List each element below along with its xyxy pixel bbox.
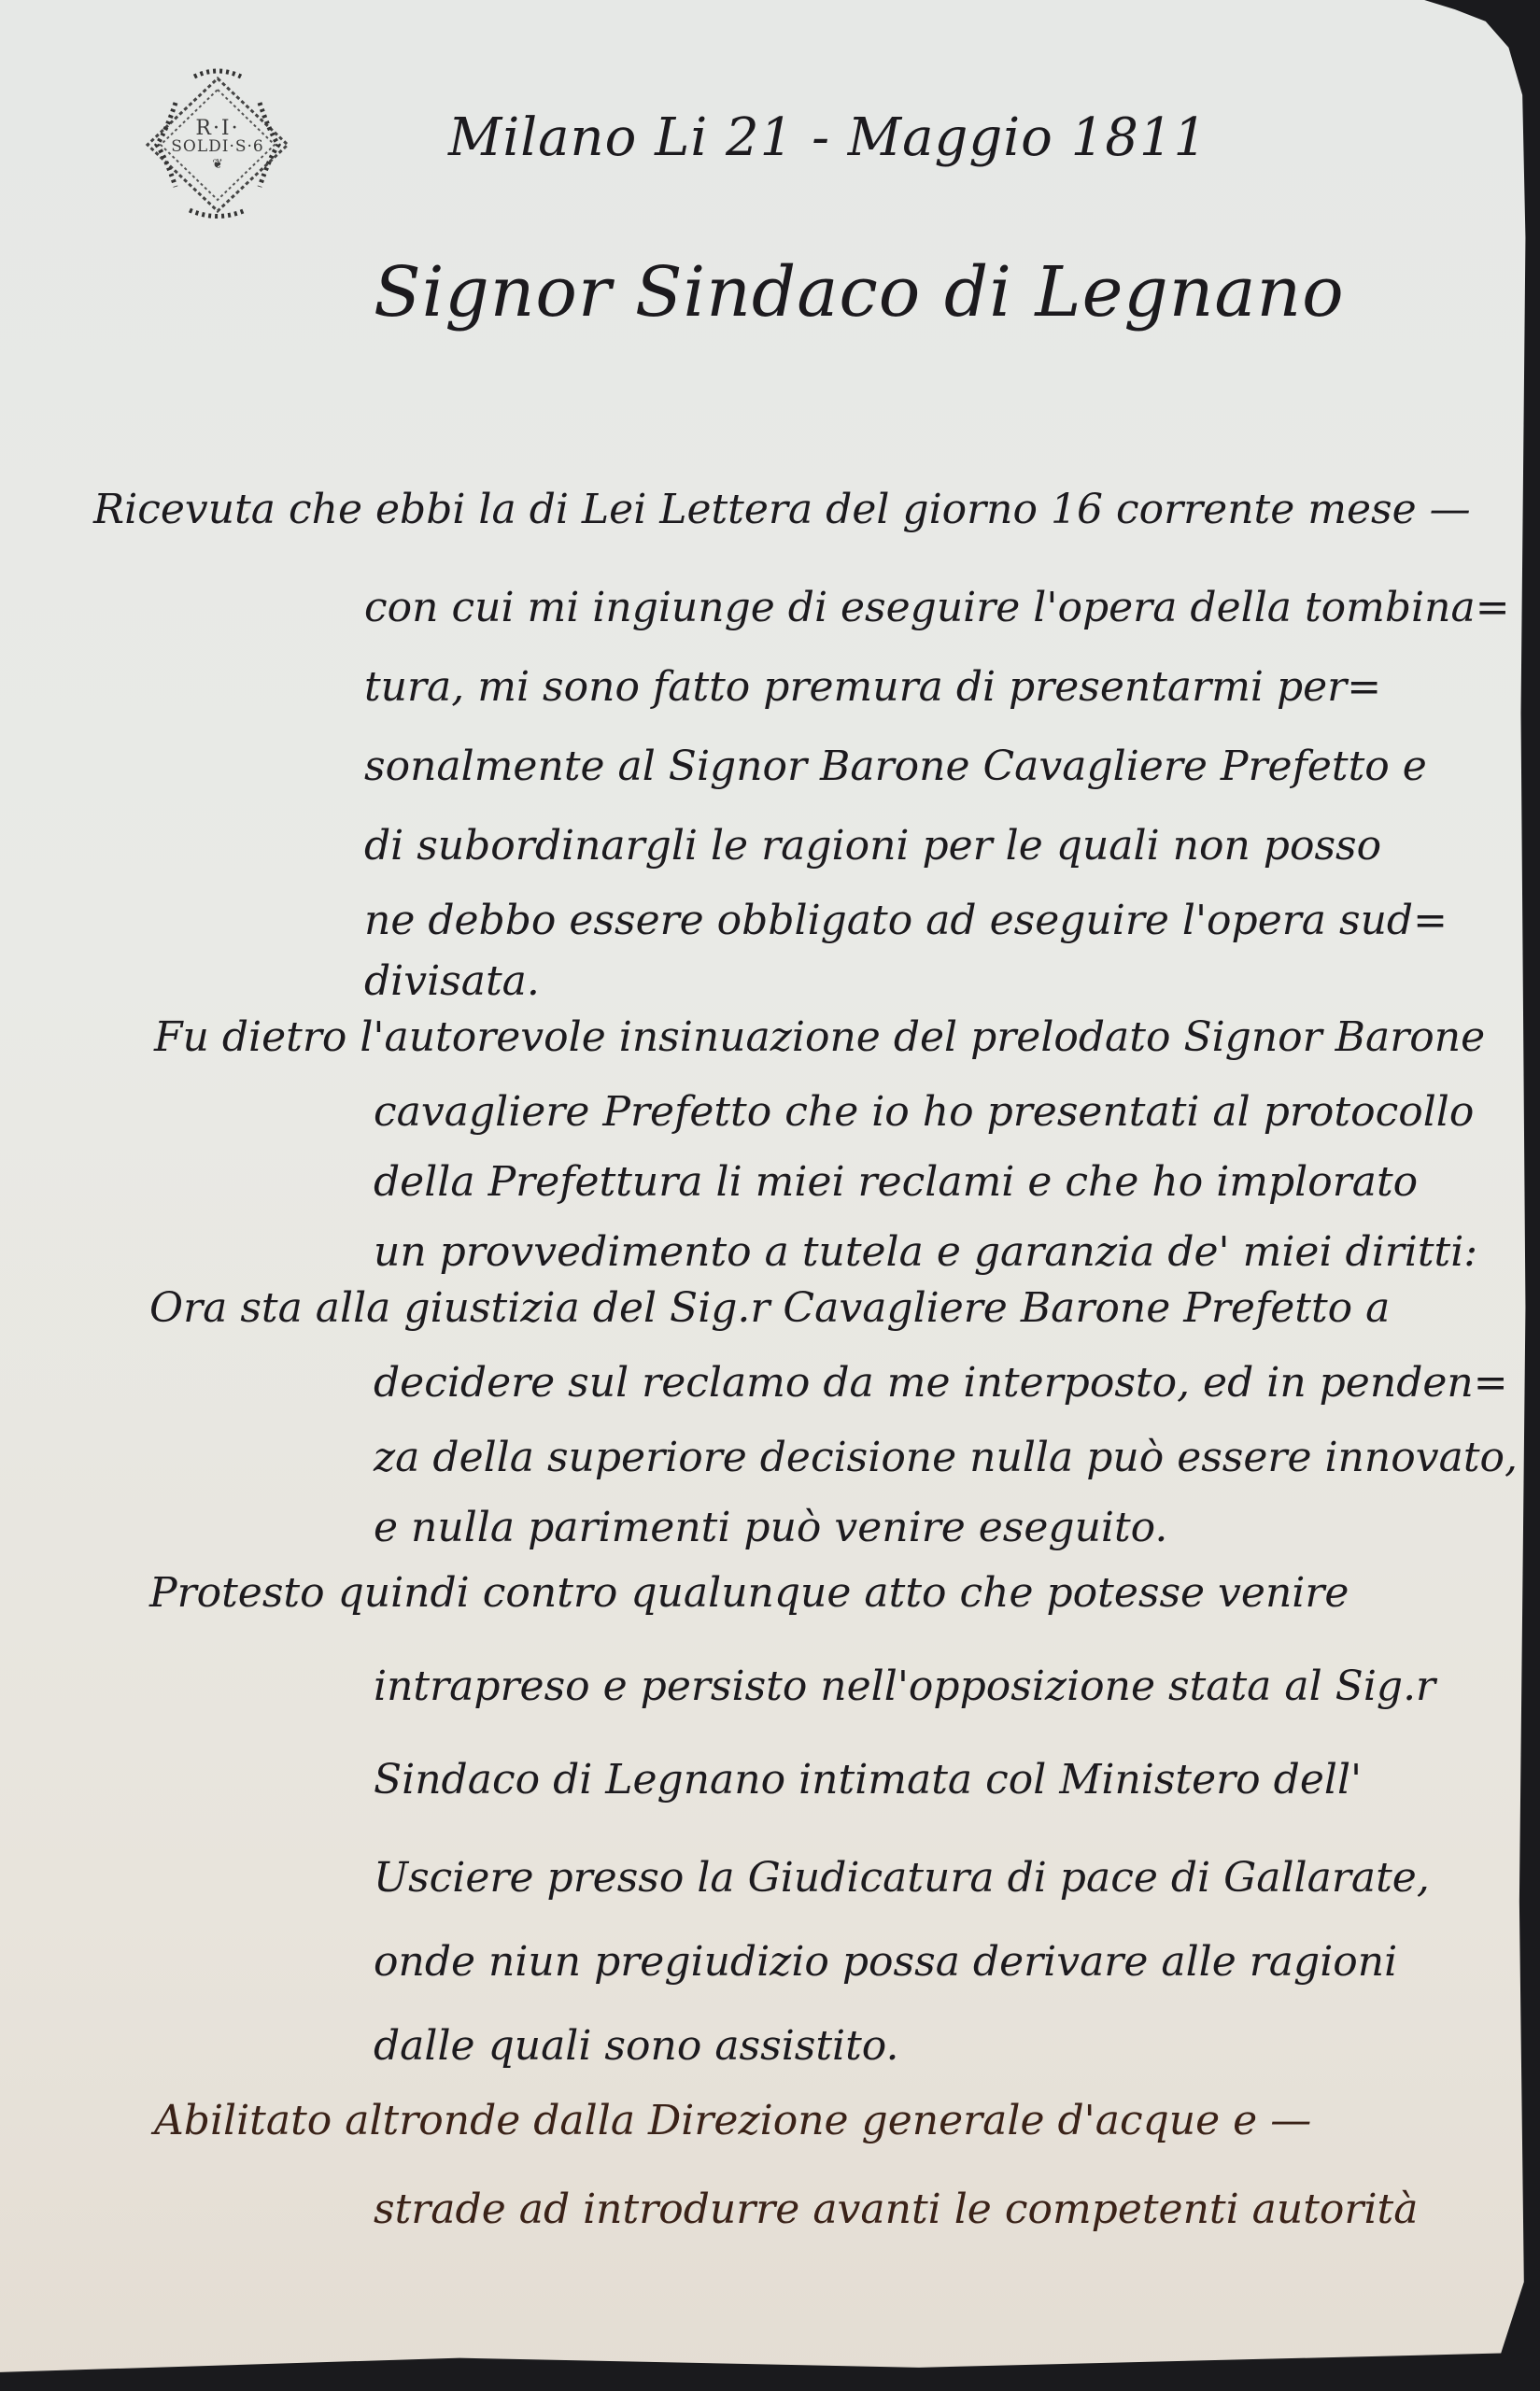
date-line: Milano Li 21 - Maggio 1811 — [448, 107, 1208, 168]
text-line: con cui mi ingiunge di eseguire l'opera … — [364, 584, 1510, 631]
stamp-text-value: SOLDI·S·6 — [171, 139, 264, 156]
text-line: dalle quali sono assistito. — [374, 2022, 899, 2070]
text-line: tura, mi sono fatto premura di presentar… — [364, 663, 1381, 711]
text-line: Ricevuta che ebbi la di Lei Lettera del … — [93, 486, 1471, 533]
fleuron-icon: ❦ — [212, 158, 223, 172]
text-line: Sindaco di Legnano intimata col Minister… — [374, 1756, 1362, 1804]
text-line: intrapreso e persisto nell'opposizione s… — [374, 1662, 1435, 1710]
text-line: cavagliere Prefetto che io ho presentati… — [374, 1088, 1474, 1136]
text-line: e nulla parimenti può venire eseguito. — [374, 1504, 1167, 1551]
text-line: un provvedimento a tutela e garanzia de'… — [374, 1228, 1477, 1276]
manuscript-page: R·I· SOLDI·S·6 ❦ Milano Li 21 - Maggio 1… — [0, 0, 1532, 2377]
text-line: decidere sul reclamo da me interposto, e… — [374, 1359, 1508, 1407]
salutation: Signor Sindaco di Legnano — [374, 252, 1345, 332]
text-line: onde niun pregiudizio possa derivare all… — [374, 1938, 1397, 1986]
text-line: Usciere presso la Giudicatura di pace di… — [374, 1854, 1430, 1902]
text-line: divisata. — [364, 957, 540, 1005]
stamp-text-top: R·I· — [195, 118, 239, 139]
text-line: ne debbo essere obbligato ad eseguire l'… — [364, 897, 1448, 944]
revenue-stamp: R·I· SOLDI·S·6 ❦ — [138, 65, 297, 224]
text-line: strade ad introdurre avanti le competent… — [374, 2186, 1418, 2233]
text-line: Fu dietro l'autorevole insinuazione del … — [154, 1013, 1485, 1061]
text-line: Abilitato altronde dalla Direzione gener… — [154, 2097, 1311, 2144]
text-line: sonalmente al Signor Barone Cavagliere P… — [364, 743, 1427, 790]
text-line: Protesto quindi contro qualunque atto ch… — [149, 1569, 1349, 1617]
text-line: di subordinargli le ragioni per le quali… — [364, 822, 1381, 870]
text-line: Ora sta alla giustizia del Sig.r Cavagli… — [149, 1284, 1390, 1332]
text-line: za della superiore decisione nulla può e… — [374, 1434, 1518, 1481]
text-line: della Prefettura li miei reclami e che h… — [374, 1158, 1418, 1206]
